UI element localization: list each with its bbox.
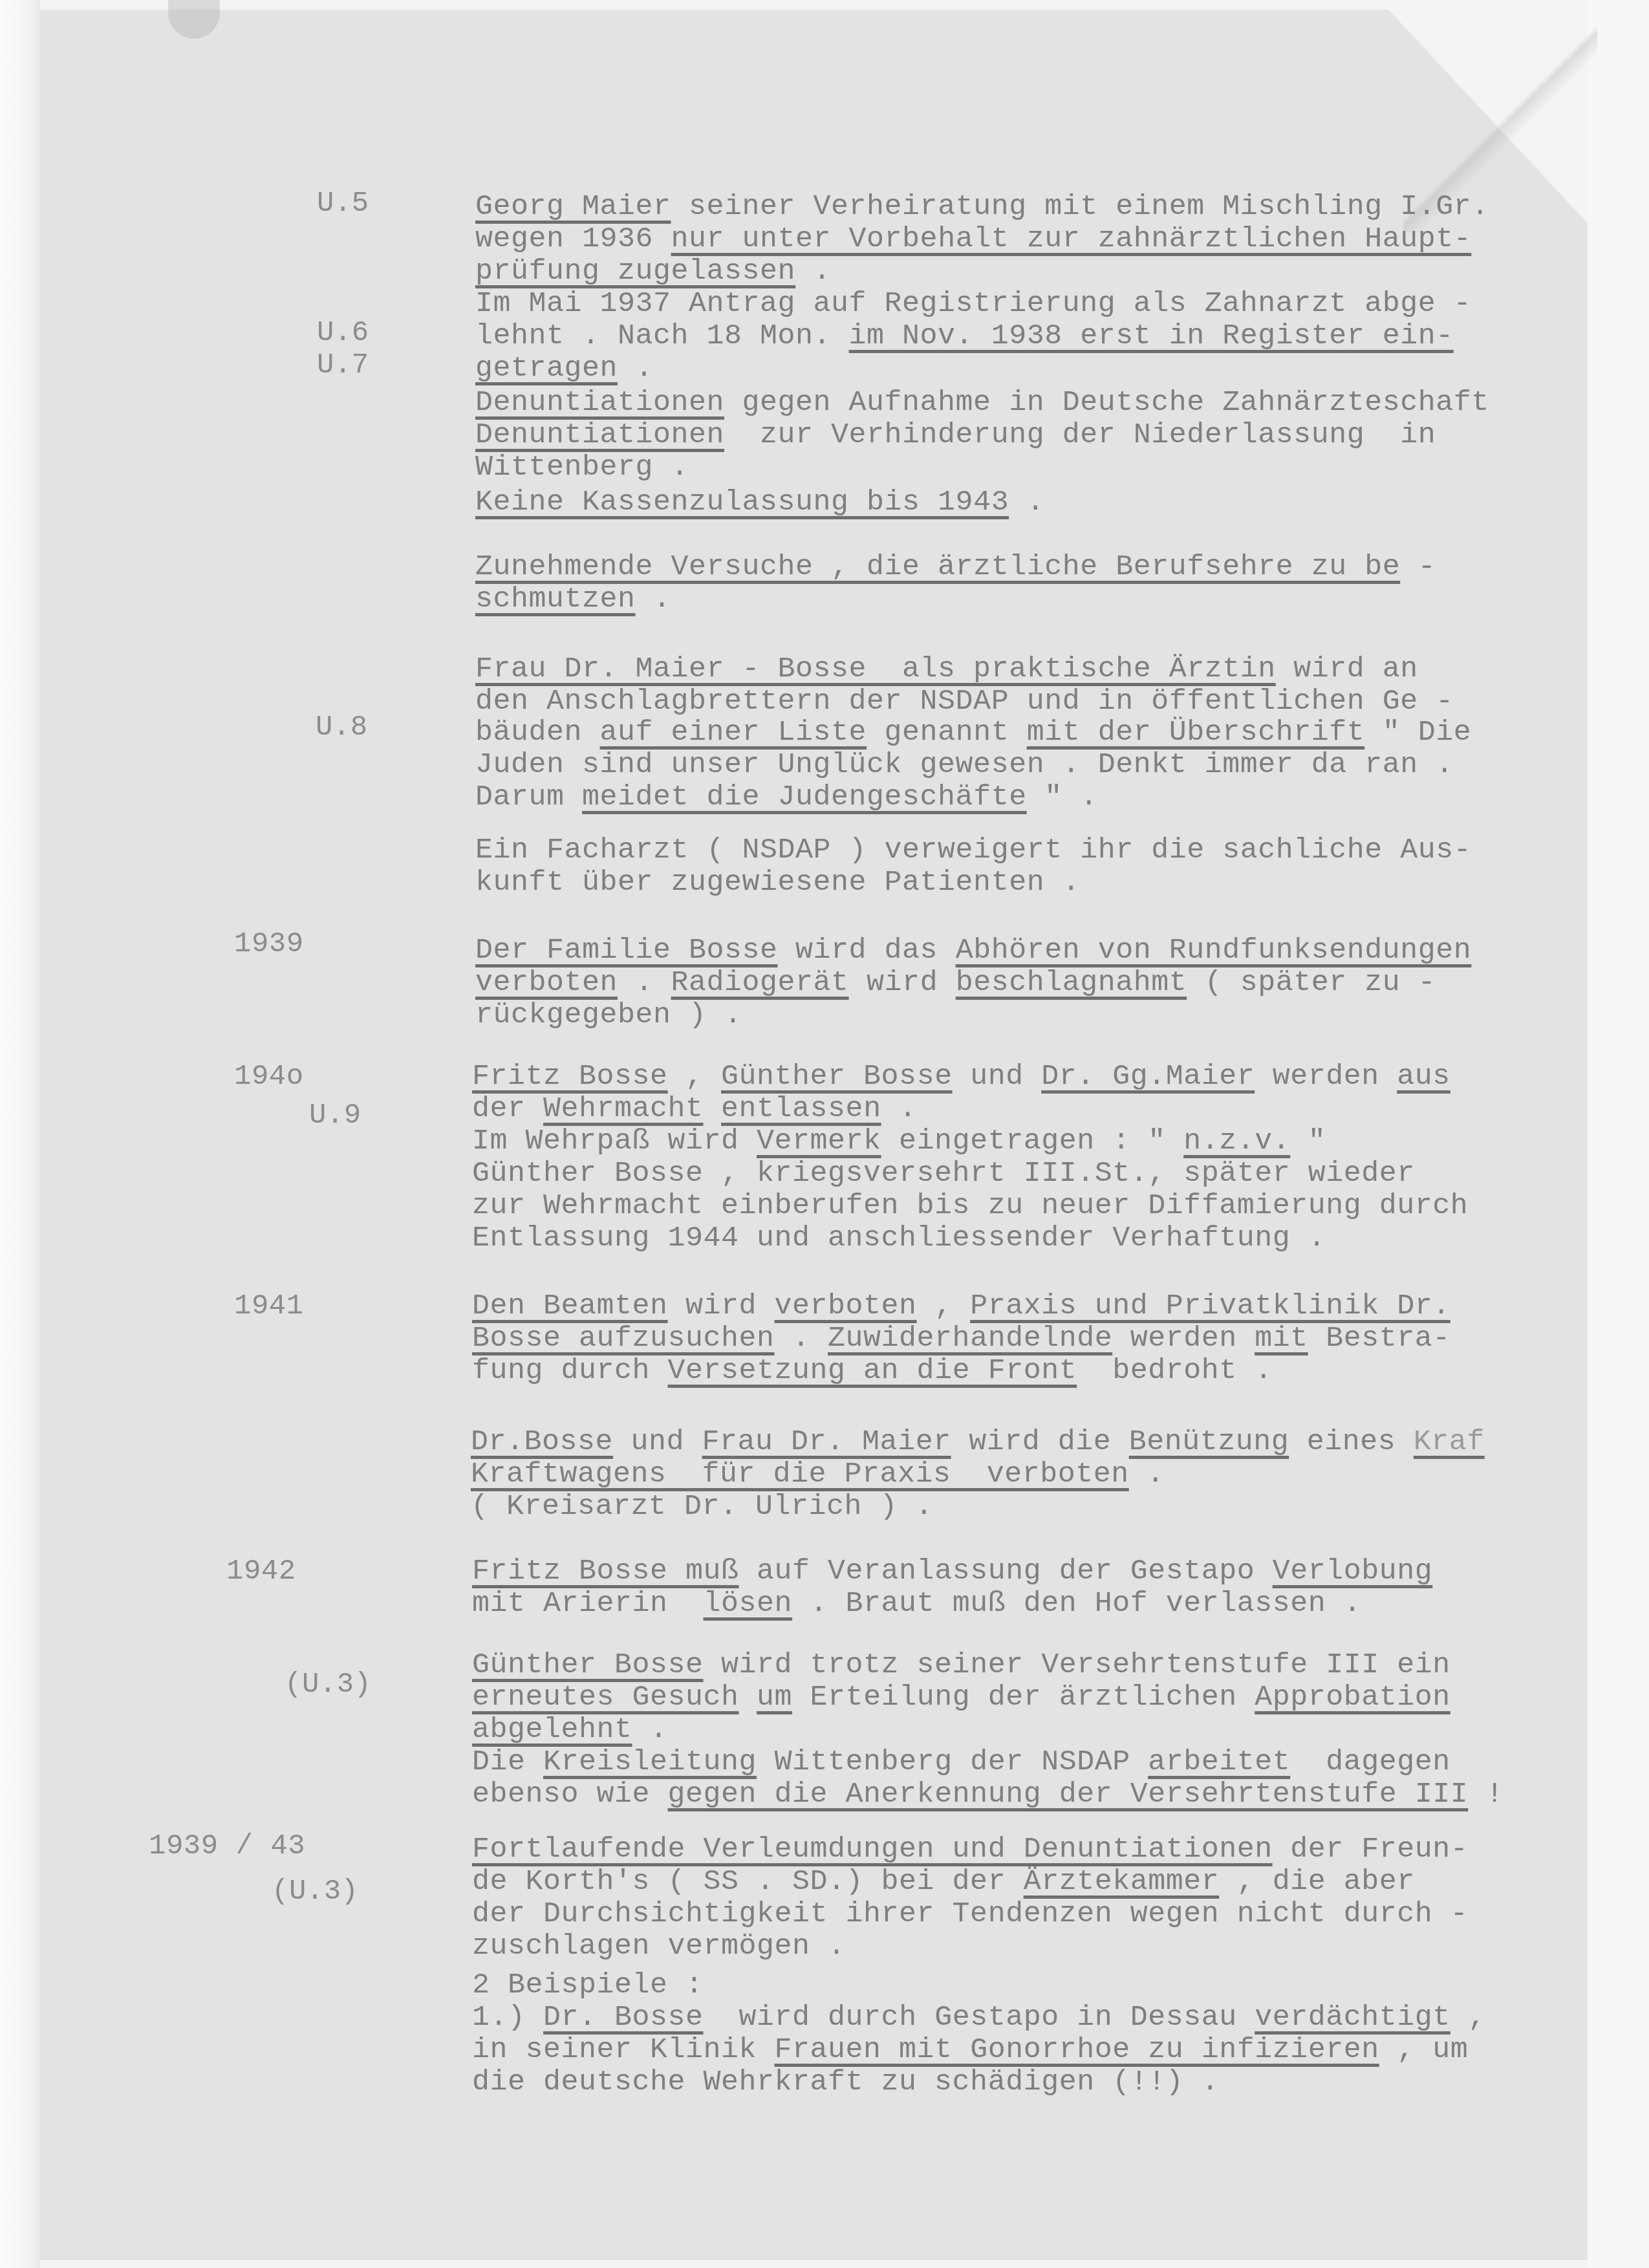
margin-label-u9: U.9 [309, 1099, 361, 1132]
entry-2-line-1: Zunehmende Versuche , die ärztliche Beru… [475, 551, 1436, 583]
entry-8-line-2: Kraftwagens für die Praxis verboten . [471, 1458, 1165, 1491]
margin-label-1940: 194o [234, 1061, 304, 1093]
entry-4-line-1: Ein Facharzt ( NSDAP ) verweigert ihr di… [475, 834, 1471, 867]
margin-label-1941: 1941 [234, 1290, 304, 1323]
entry-3-line-4: Juden sind unser Unglück gewesen . Denkt… [475, 749, 1454, 781]
margin-label-1939-43: 1939 / 43 [149, 1830, 305, 1863]
entry-10-line-5: ebenso wie gegen die Anerkennung der Ver… [472, 1778, 1503, 1811]
entry-1-line-8: Denuntiationen zur Verhinderung der Nied… [475, 419, 1436, 451]
margin-label-u7: U.7 [317, 349, 369, 382]
entry-1-line-10: Keine Kassenzulassung bis 1943 . [475, 486, 1044, 519]
entry-3-line-5: Darum meidet die Judengeschäfte " . [475, 781, 1098, 814]
entry-6-line-3: Im Wehrpaß wird Vermerk eingetragen : " … [472, 1125, 1326, 1158]
entry-10-line-1: Günther Bosse wird trotz seiner Versehrt… [472, 1649, 1450, 1681]
entry-5-line-1: Der Familie Bosse wird das Abhören von R… [475, 934, 1471, 967]
entry-1-line-3: prüfung zugelassen . [475, 255, 831, 288]
margin-label-1939: 1939 [234, 928, 304, 960]
scan-margin-left [0, 0, 40, 2268]
entry-1-line-2: wegen 1936 nur unter Vorbehalt zur zahnä… [475, 223, 1471, 255]
entry-11-line-8: die deutsche Wehrkraft zu schädigen (!!)… [472, 2066, 1219, 2099]
entry-6-line-1: Fritz Bosse , Günther Bosse und Dr. Gg.M… [472, 1061, 1450, 1093]
entry-2-line-2: schmutzen . [475, 583, 671, 616]
entry-11-line-1: Fortlaufende Verleumdungen und Denuntiat… [472, 1833, 1468, 1866]
entry-4-line-2: kunft über zugewiesene Patienten . [475, 867, 1080, 899]
entry-1-line-7: Denuntiationen gegen Aufnahme in Deutsch… [475, 387, 1489, 419]
entry-5-line-2: verboten . Radiogerät wird beschlagnahmt… [475, 967, 1436, 999]
entry-9-line-1: Fritz Bosse muß auf Veranlassung der Ges… [472, 1555, 1432, 1588]
margin-label-u5: U.5 [317, 188, 369, 220]
entry-3-line-3: bäuden auf einer Liste genannt mit der Ü… [475, 717, 1471, 749]
entry-3-line-2: den Anschlagbrettern der NSDAP und in öf… [475, 686, 1454, 718]
scan-margin-right [1588, 0, 1649, 2268]
entry-11-line-7: in seiner Klinik Frauen mit Gonorrhoe zu… [472, 2034, 1468, 2066]
entry-8-line-1: Dr.Bosse und Frau Dr. Maier wird die Ben… [471, 1426, 1485, 1458]
entry-6-line-4: Günther Bosse , kriegsversehrt III.St., … [472, 1158, 1415, 1190]
entry-10-line-3: abgelehnt . [472, 1714, 668, 1746]
entry-7-line-3: fung durch Versetzung an die Front bedro… [472, 1355, 1273, 1387]
margin-label-u6: U.6 [317, 317, 369, 349]
entry-1-line-9: Wittenberg . [475, 451, 689, 484]
entry-1-line-5: lehnt . Nach 18 Mon. im Nov. 1938 erst i… [475, 320, 1454, 352]
entry-1-line-4: Im Mai 1937 Antrag auf Registrierung als… [475, 288, 1471, 320]
entry-11-line-3: der Durchsichtigkeit ihrer Tendenzen weg… [472, 1898, 1468, 1930]
entry-11-line-4: zuschlagen vermögen . [472, 1930, 846, 1963]
margin-label-u3-b: (U.3) [272, 1875, 359, 1908]
entry-8-line-3: ( Kreisarzt Dr. Ulrich ) . [471, 1491, 933, 1523]
entry-7-line-2: Bosse aufzusuchen . Zuwiderhandelnde wer… [472, 1323, 1450, 1355]
entry-10-line-4: Die Kreisleitung Wittenberg der NSDAP ar… [472, 1746, 1450, 1778]
entry-11-line-5: 2 Beispiele : [472, 1969, 704, 2002]
margin-label-u3-a: (U.3) [285, 1669, 372, 1701]
entry-1-line-6: getragen . [475, 352, 653, 385]
entry-7-line-1: Den Beamten wird verboten , Praxis und P… [472, 1290, 1450, 1323]
entry-6-line-2: der Wehrmacht entlassen . [472, 1093, 917, 1125]
entry-10-line-2: erneutes Gesuch um Erteilung der ärztlic… [472, 1681, 1450, 1714]
entry-6-line-5: zur Wehrmacht einberufen bis zu neuer Di… [472, 1190, 1468, 1222]
entry-1-line-1: Georg Maier seiner Verheiratung mit eine… [475, 191, 1489, 223]
entry-11-line-2: de Korth's ( SS . SD.) bei der Ärztekamm… [472, 1866, 1415, 1898]
entry-6-line-6: Entlassung 1944 und anschliessender Verh… [472, 1222, 1326, 1255]
entry-9-line-2: mit Arierin lösen . Braut muß den Hof ve… [472, 1588, 1361, 1620]
entry-5-line-3: rückgegeben ) . [475, 999, 742, 1031]
margin-label-u8: U.8 [316, 711, 368, 744]
entry-3-line-1: Frau Dr. Maier - Bosse als praktische Är… [475, 653, 1418, 686]
margin-label-1942: 1942 [226, 1555, 296, 1588]
entry-11-line-6: 1.) Dr. Bosse wird durch Gestapo in Dess… [472, 2002, 1486, 2034]
